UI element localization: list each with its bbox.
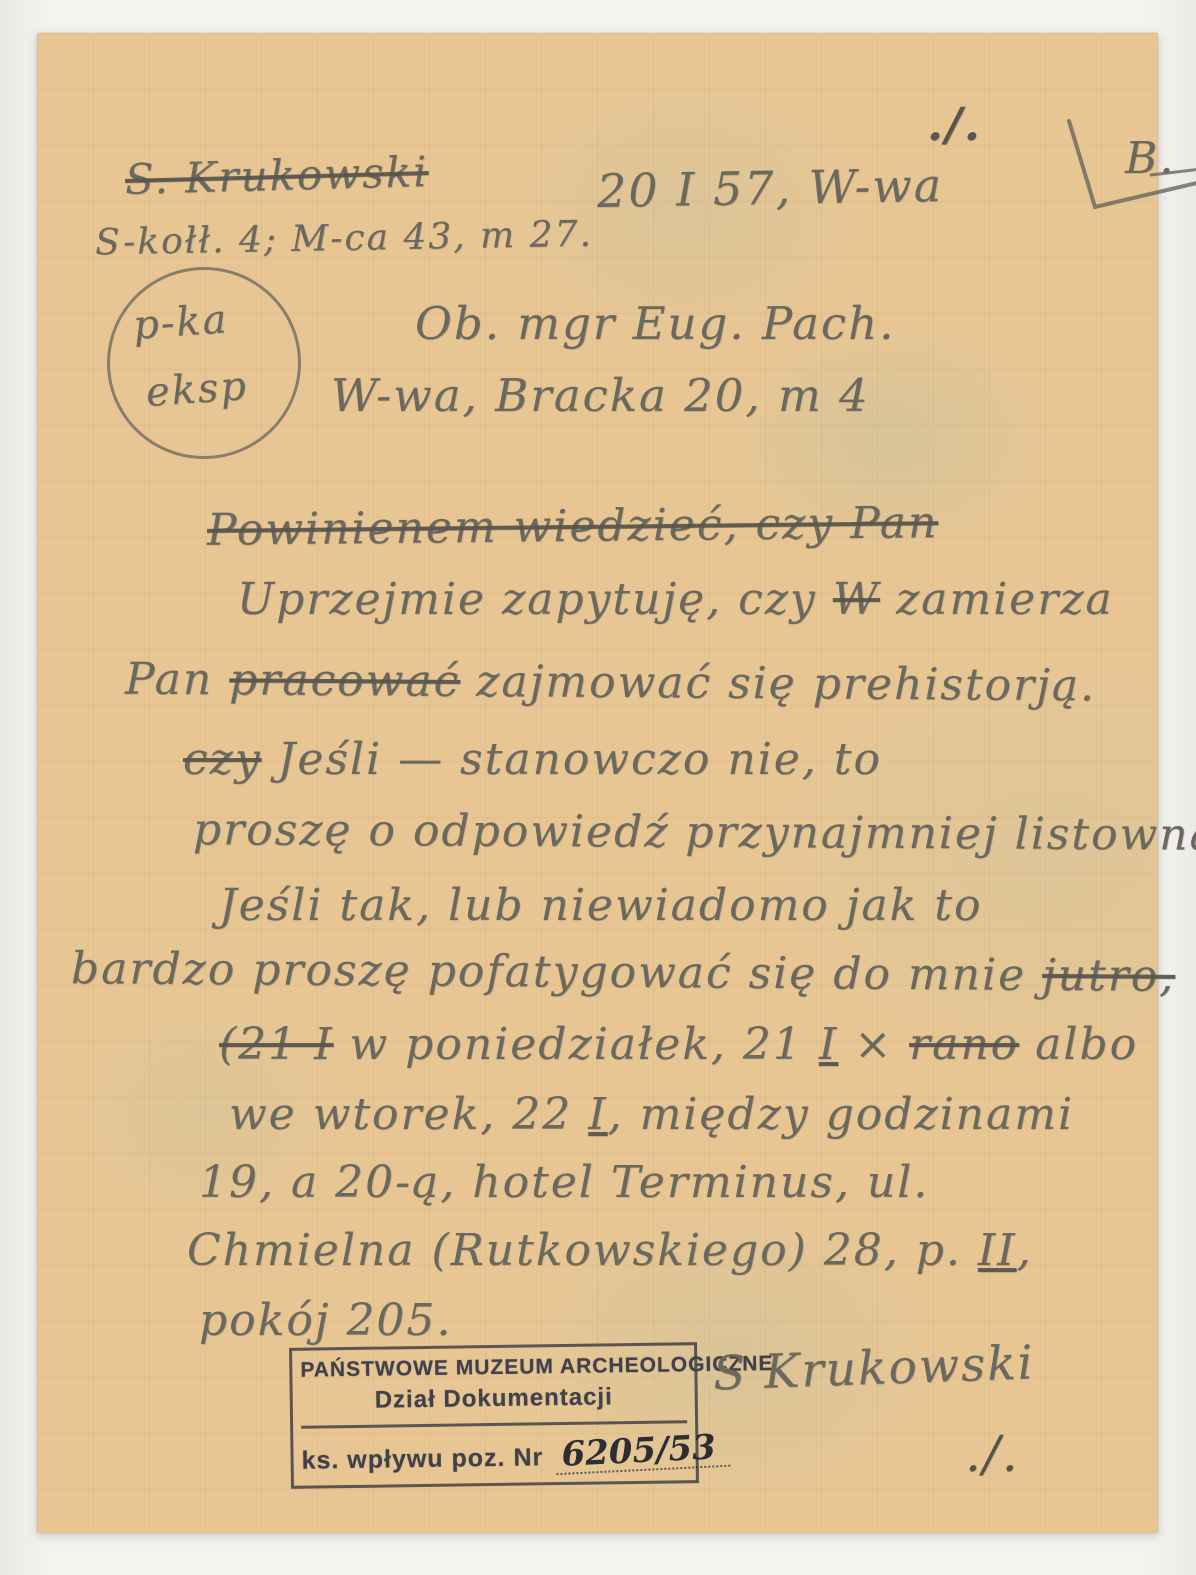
- circled-note-line1: p-ka: [132, 296, 230, 349]
- text-segment: Jeśli — stanowczo nie, to: [262, 734, 882, 785]
- text-segment: Powinienem wiedzieć, czy Pan: [207, 497, 939, 556]
- reference-mark-bottom: ./.: [965, 1425, 1020, 1483]
- body-line-4: czy Jeśli — stanowczo nie, to: [183, 734, 882, 785]
- text-segment: I: [819, 1019, 838, 1070]
- body-line-5: proszę o odpowiedź przynajmniej listowną…: [193, 804, 1196, 860]
- stamp-institution: PAŃSTWOWE MUZEUM ARCHEOLOGICZNE: [300, 1353, 686, 1382]
- body-line-8: (21 I w poniedziałek, 21 I × rano albo: [219, 1019, 1138, 1070]
- body-line-6: Jeśli tak, lub niewiadomo jak to: [219, 880, 982, 931]
- text-segment: w poniedziałek, 21: [334, 1019, 819, 1070]
- text-segment: ,: [1017, 1225, 1033, 1276]
- addressee-address-line: W-wa, Bracka 20, m 4: [331, 369, 870, 422]
- addressee-name-line: Ob. mgr Eug. Pach.: [415, 297, 895, 350]
- text-segment: Uprzejmie zapytuję, czy: [237, 574, 833, 625]
- body-line-1-crossed: Powinienem wiedzieć, czy Pan: [207, 497, 939, 556]
- stamp-entry-label: ks. wpływu poz. Nr: [301, 1443, 543, 1475]
- text-segment: I: [588, 1089, 607, 1140]
- corner-b-letter: B.: [1125, 133, 1175, 184]
- body-line-2: Uprzejmie zapytuję, czy W zamierza: [237, 574, 1114, 625]
- text-segment: rano: [909, 1019, 1019, 1070]
- text-segment: bardzo proszę pofatygować się do mnie: [71, 943, 1042, 1001]
- text-segment: pokój 205.: [199, 1295, 452, 1346]
- text-segment: (21 I: [219, 1019, 334, 1070]
- reference-mark-top: ./.: [927, 97, 982, 151]
- text-segment: II: [978, 1225, 1017, 1276]
- text-segment: albo: [1019, 1019, 1138, 1070]
- text-segment: 19, a 20-ą, hotel Terminus, ul.: [199, 1157, 929, 1208]
- letter-paper: S. Krukowski S-kołł. 4; M-ca 43, m 27. p…: [37, 33, 1158, 1533]
- text-segment: czy: [183, 734, 262, 785]
- text-segment: ×: [838, 1019, 909, 1070]
- body-line-11: Chmielna (Rutkowskiego) 28, p. II,: [187, 1225, 1033, 1276]
- text-segment: Chmielna (Rutkowskiego) 28, p.: [187, 1225, 978, 1276]
- text-segment: pracować: [229, 654, 460, 707]
- text-segment: zajmować się prehistorją.: [460, 656, 1096, 711]
- museum-stamp: PAŃSTWOWE MUZEUM ARCHEOLOGICZNE Dział Do…: [289, 1342, 699, 1488]
- stamp-entry-row: ks. wpływu poz. Nr 6205/53: [301, 1435, 687, 1475]
- body-line-9: we wtorek, 22 I, między godzinami: [229, 1089, 1074, 1140]
- text-segment: zamierza: [880, 574, 1114, 625]
- body-line-3: Pan pracować zajmować się prehistorją.: [125, 654, 1096, 712]
- text-segment: we wtorek, 22: [229, 1089, 588, 1140]
- signature: S Krukowski: [712, 1335, 1035, 1401]
- stamp-entry-number: 6205/53: [554, 1432, 730, 1475]
- body-line-7: bardzo proszę pofatygować się do mnie ju…: [71, 943, 1176, 1002]
- circled-note: p-ka eksp: [101, 260, 308, 465]
- body-line-12: pokój 205.: [199, 1295, 452, 1346]
- text-segment: Pan: [125, 654, 230, 706]
- text-segment: jutro,: [1042, 950, 1176, 1002]
- sender-address-line: S-kołł. 4; M-ca 43, m 27.: [95, 214, 594, 264]
- crossed-sender-name: S. Krukowski: [124, 147, 429, 204]
- stamp-department: Dział Dokumentacji: [301, 1382, 688, 1428]
- circled-note-line2: eksp: [144, 363, 249, 416]
- text-segment: W: [833, 574, 880, 625]
- date-place-line: 20 I 57, W-wa: [597, 158, 944, 218]
- text-segment: , między godzinami: [608, 1089, 1074, 1140]
- text-segment: proszę o odpowiedź przynajmniej listowną…: [193, 804, 1196, 860]
- corner-b-mark: B.: [1055, 115, 1196, 225]
- scan-background: S. Krukowski S-kołł. 4; M-ca 43, m 27. p…: [0, 0, 1196, 1575]
- body-line-10: 19, a 20-ą, hotel Terminus, ul.: [199, 1157, 929, 1208]
- text-segment: Jeśli tak, lub niewiadomo jak to: [219, 880, 982, 931]
